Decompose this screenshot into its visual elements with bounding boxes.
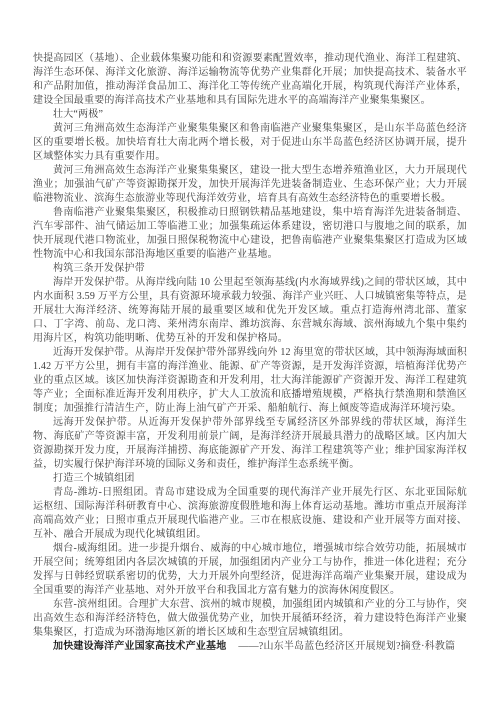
- paragraph-qingdao-weifang-rizhao-cluster: 青岛-潍坊-日照组团。青岛市建设成为全国重要的现代海洋产业开展先行区、东北亚国际…: [33, 486, 467, 542]
- paragraph-dongying-binzhou-cluster: 东营-滨州组团。合理扩大东营、滨州的城市规模，加强组团内城镇和产业的分工与协作，…: [33, 598, 467, 640]
- paragraph-coastal-belt: 海岸开发保护带。从海岸线向陆 10 公里起至领海基线(内水海域界线)之间的带状区…: [33, 276, 467, 346]
- subheading-three-protection-belts: 构筑三条开发保护带: [33, 262, 467, 276]
- document-page: 快提高园区（基地）、企业载体集聚功能和和资源要素配置效率，推动现代渔业、海洋工程…: [0, 0, 500, 707]
- paragraph-yantai-weihai-cluster: 烟台-威海组团。进一步提升烟台、威海的中心城市地位，增强城市综合效劳功能，拓展城…: [33, 542, 467, 598]
- paragraph-offshore-belt: 近海开发保护带。从海岸开发保护带外部界线向外 12 海里宽的带状区域，其中领海海…: [33, 346, 467, 416]
- paragraph-far-sea-belt: 远海开发保护带。从近海开发保护带外部界线至专属经济区外部界线的带状区域，海洋生物…: [33, 416, 467, 472]
- subheading-strengthen-two-poles: 壮大“两极”: [33, 108, 467, 122]
- paragraph-yellow-river-delta-zone: 黄河三角洲高效生态海洋产业聚集集聚区，建设一批大型生态增养殖渔业区，大力开展现代…: [33, 164, 467, 206]
- footer-line: 加快建设海洋产业国家高技术产业基地——?山东半岛蓝色经济区开展规划?摘登·科教篇: [33, 640, 467, 654]
- paragraph-two-poles-intro: 黄河三角洲高效生态海洋产业聚集集聚区和鲁南临港产业聚集集聚区，是山东半岛蓝色经济…: [33, 122, 467, 164]
- subheading-three-town-clusters: 打造三个城镇组团: [33, 472, 467, 486]
- paragraph-lunan-port-zone: 鲁南临港产业聚集集聚区，积极推动日照钢铁精品基地建设，集中培育海洋先进装备制造、…: [33, 206, 467, 262]
- paragraph-continuation: 快提高园区（基地）、企业载体集聚功能和和资源要素配置效率，推动现代渔业、海洋工程…: [33, 52, 467, 108]
- document-body: 快提高园区（基地）、企业载体集聚功能和和资源要素配置效率，推动现代渔业、海洋工程…: [33, 52, 467, 654]
- footer-title: 加快建设海洋产业国家高技术产业基地: [53, 641, 226, 652]
- footer-source: ——?山东半岛蓝色经济区开展规划?摘登·科教篇: [238, 641, 455, 652]
